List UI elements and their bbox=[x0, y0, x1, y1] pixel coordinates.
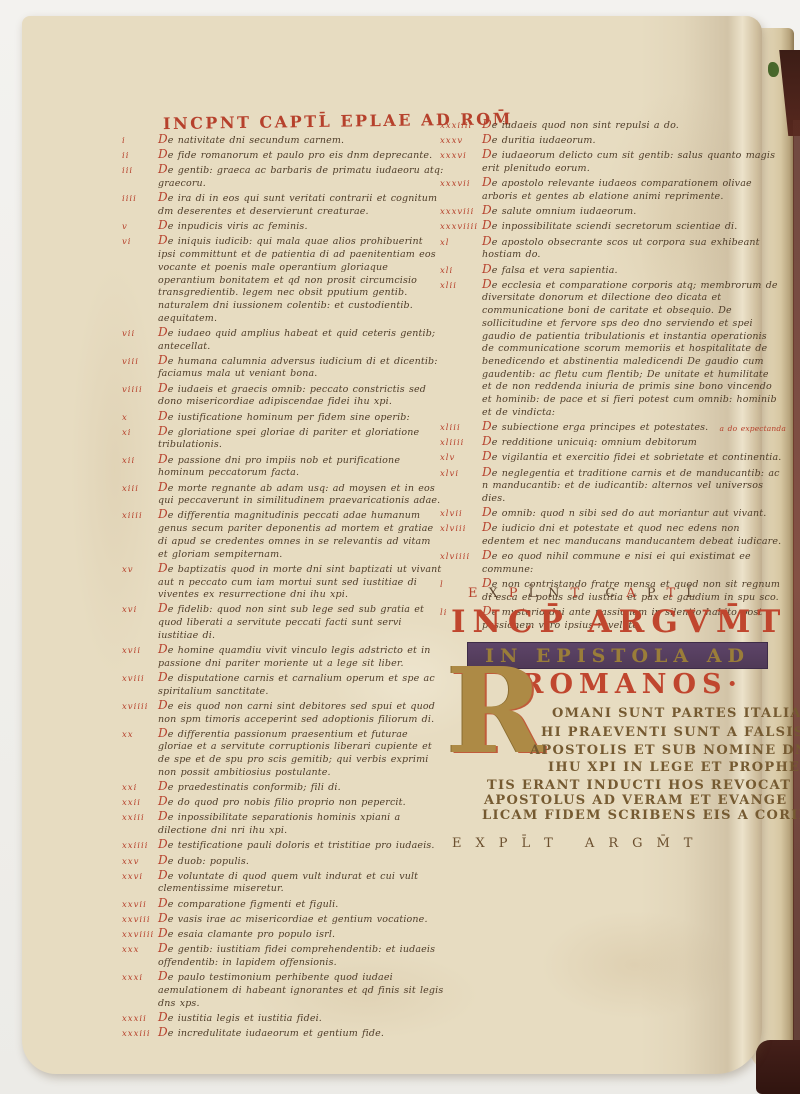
incipit-argumentum-line: INCP̄ ARGVM̄T bbox=[451, 604, 787, 640]
capitulum-entry: xviDe fidelib: quod non sint sub lege se… bbox=[122, 603, 444, 642]
capitulum-text: De gentib: graeca ac barbaris de primatu… bbox=[158, 164, 444, 190]
rubric-initial: D bbox=[482, 548, 492, 562]
rubric-initial: D bbox=[482, 434, 492, 448]
chapter-numeral: xiiii bbox=[122, 509, 158, 561]
capitulum-entry: xxxiiDe iustitia legis et iustitia fidei… bbox=[122, 1012, 444, 1026]
capitulum-entry: iDe nativitate dni secundum carnem. bbox=[122, 134, 444, 148]
capitulum-text: De baptizatis quod in morte dni sint bap… bbox=[158, 563, 444, 602]
chapter-numeral: v bbox=[122, 220, 158, 234]
rubric-initial: D bbox=[482, 117, 492, 131]
argumentum-line: OMANI SUNT PARTES ITALIAE bbox=[552, 706, 800, 721]
capitulum-entry: xxviiDe comparatione figmenti et figuli. bbox=[122, 898, 444, 912]
manuscript-photo: INCPNT CAPTL̄ EPLAE AD ROM̄ iDe nativita… bbox=[0, 0, 800, 1094]
explicit-capitula-line: EXPL̄NT CAPTL̄ bbox=[468, 586, 706, 601]
capitulum-entry: iiDe fide romanorum et paulo pro eis dnm… bbox=[122, 149, 444, 163]
capitulum-entry: xxxviiDe apostolo relevante iudaeos comp… bbox=[440, 177, 782, 203]
rubric-initial: D bbox=[158, 794, 168, 808]
argumentum-line: HI PRAEVENTI SUNT A FALSIS bbox=[541, 725, 800, 740]
capitulum-entry: xiiiiDe differentia magnitudinis peccati… bbox=[122, 509, 444, 561]
capitulum-text: De gloriatione spei gloriae di pariter e… bbox=[158, 426, 444, 452]
capitulum-entry: viDe iniquis iudicib: qui mala quae alio… bbox=[122, 235, 444, 325]
capitulum-text: De iudaeorum delicto cum sit gentib: sal… bbox=[482, 149, 782, 175]
capitulum-text: De do quod pro nobis filio proprio non p… bbox=[158, 796, 444, 810]
rubric-initial: D bbox=[158, 381, 168, 395]
chapter-numeral: xxi bbox=[122, 781, 158, 795]
chapter-numeral: xxxvii bbox=[440, 177, 482, 203]
capitulum-entry: xxvDe duob: populis. bbox=[122, 855, 444, 869]
rubric-initial: D bbox=[482, 449, 492, 463]
capitulum-entry: xliDe falsa et vera sapientia. bbox=[440, 264, 782, 278]
capitulum-entry: xxviDe voluntate di quod quem vult indur… bbox=[122, 870, 444, 896]
capitulum-text: De apostolo relevante iudaeos comparatio… bbox=[482, 177, 782, 203]
chapter-numeral: xxii bbox=[122, 796, 158, 810]
rubric-initial: D bbox=[482, 505, 492, 519]
chapter-numeral: i bbox=[122, 134, 158, 148]
rubric-initial: D bbox=[158, 561, 168, 575]
capitulum-text: De salute omnium iudaeorum. bbox=[482, 205, 782, 219]
binding-edge-bottom bbox=[756, 1040, 800, 1094]
chapter-numeral: xxx bbox=[122, 943, 158, 969]
rubric-initial: D bbox=[158, 926, 168, 940]
chapter-numeral: xxvii bbox=[122, 898, 158, 912]
chapter-numeral: xxviii bbox=[122, 913, 158, 927]
capitulum-text: De vigilantia et exercitio fidei et sobr… bbox=[482, 451, 782, 465]
argumentum-line: IHU XPI IN LEGE ET PROPHE bbox=[548, 760, 800, 775]
rubric-initial: D bbox=[158, 896, 168, 910]
chapter-numeral: viii bbox=[122, 355, 158, 381]
capitulum-text: De eo quod nihil commune e nisi ei qui e… bbox=[482, 550, 782, 576]
capitulum-text: De differentia magnitudinis peccati adae… bbox=[158, 509, 444, 561]
capitulum-entry: xxxiiiiDe iudaeis quod non sint repulsi … bbox=[440, 119, 782, 133]
explicit-argumentum-line: EXPL̄T ARGM̄T bbox=[452, 836, 706, 851]
chapter-numeral: xlii bbox=[440, 279, 482, 420]
chapter-numeral: xlviii bbox=[440, 522, 482, 548]
capitulum-entry: viiDe iudaeo quid amplius habeat et quid… bbox=[122, 327, 444, 353]
capitulum-entry: xxviiiiDe esaia clamante pro populo isrl… bbox=[122, 928, 444, 942]
rubric-initial: D bbox=[482, 234, 492, 248]
chapter-numeral: xxxvi bbox=[440, 149, 482, 175]
capitulum-text: De incredulitate iudaeorum et gentium fi… bbox=[158, 1027, 444, 1041]
rubric-initial: D bbox=[158, 409, 168, 423]
capitulum-text: De apostolo obsecrante scos ut corpora s… bbox=[482, 236, 782, 262]
capitulum-text: De esaia clamante pro populo isrl. bbox=[158, 928, 444, 942]
chapter-numeral: vii bbox=[122, 327, 158, 353]
capitulum-text: De ecclesia et comparatione corporis atq… bbox=[482, 279, 782, 420]
capitulum-entry: xxviiiDe vasis irae ac misericordiae et … bbox=[122, 913, 444, 927]
capitulum-text: De iustificatione hominum per fidem sine… bbox=[158, 411, 444, 425]
capitulum-text: De duob: populis. bbox=[158, 855, 444, 869]
capitulum-entry: xlDe apostolo obsecrante scos ut corpora… bbox=[440, 236, 782, 262]
chapter-numeral: xxviiii bbox=[122, 928, 158, 942]
capitulum-entry: iiiDe gentib: graeca ac barbaris de prim… bbox=[122, 164, 444, 190]
rubric-initial: D bbox=[482, 132, 492, 146]
rubric-initial: D bbox=[158, 698, 168, 712]
rubric-initial: D bbox=[158, 837, 168, 851]
capitulum-entry: xlviiiDe iudicio dni et potestate et quo… bbox=[440, 522, 782, 548]
capitulum-text: De morte regnante ab adam usq: ad moysen… bbox=[158, 482, 444, 508]
chapter-numeral: xiii bbox=[122, 482, 158, 508]
chapter-numeral: xxxi bbox=[122, 971, 158, 1010]
capitulum-text: De redditione unicuiq: omnium debitorum bbox=[482, 436, 782, 450]
capitulum-text: De neglegentia et traditione carnis et d… bbox=[482, 467, 782, 506]
capitulum-entry: xDe iustificatione hominum per fidem sin… bbox=[122, 411, 444, 425]
capitulum-text: De homine quamdiu vivit vinculo legis ad… bbox=[158, 644, 444, 670]
rubric-initial: D bbox=[482, 262, 492, 276]
capitula-column-left: iDe nativitate dni secundum carnem.iiDe … bbox=[122, 134, 444, 1042]
argumentum-line: LICAM FIDEM SCRIBENS EIS A CORINTHO bbox=[482, 808, 800, 823]
chapter-numeral: xviii bbox=[122, 672, 158, 698]
capitulum-entry: xlviDe neglegentia et traditione carnis … bbox=[440, 467, 782, 506]
chapter-numeral: xlvi bbox=[440, 467, 482, 506]
rubric-initial: D bbox=[158, 911, 168, 925]
chapter-numeral: xlvii bbox=[440, 507, 482, 521]
capitulum-text: De iudaeis et graecis omnib: peccato con… bbox=[158, 383, 444, 409]
capitulum-text: De inpossibilitate separationis hominis … bbox=[158, 811, 444, 837]
chapter-numeral: xvii bbox=[122, 644, 158, 670]
rubric-initial: D bbox=[158, 726, 168, 740]
capitulum-entry: xxiiiDe inpossibilitate separationis hom… bbox=[122, 811, 444, 837]
chapter-numeral: iii bbox=[122, 164, 158, 190]
capitulum-entry: vDe inpudicis viris ac feminis. bbox=[122, 220, 444, 234]
chapter-numeral: xxxii bbox=[122, 1012, 158, 1026]
rubric-initial: D bbox=[158, 941, 168, 955]
capitulum-text: De testificatione pauli doloris et trist… bbox=[158, 839, 444, 853]
chapter-numeral: xii bbox=[122, 454, 158, 480]
capitulum-text: De passione dni pro impiis nob et purifi… bbox=[158, 454, 444, 480]
rubric-initial: D bbox=[158, 1025, 168, 1039]
chapter-numeral: xlv bbox=[440, 451, 482, 465]
rubric-initial: D bbox=[158, 601, 168, 615]
capitulum-entry: xxxviiiDe salute omnium iudaeorum. bbox=[440, 205, 782, 219]
rubric-initial: D bbox=[158, 147, 168, 161]
capitulum-text: De vasis irae ac misericordiae et gentiu… bbox=[158, 913, 444, 927]
capitulum-entry: xliiiiDe redditione unicuiq: omnium debi… bbox=[440, 436, 782, 450]
capitulum-entry: xxxDe gentib: iustitiam fidei comprehend… bbox=[122, 943, 444, 969]
chapter-numeral: xvi bbox=[122, 603, 158, 642]
rubric-initial: D bbox=[158, 353, 168, 367]
chapter-numeral: xxxiiii bbox=[440, 119, 482, 133]
chapter-numeral: xx bbox=[122, 728, 158, 780]
capitulum-text: De iudaeo quid amplius habeat et quid ce… bbox=[158, 327, 444, 353]
capitulum-text: De voluntate di quod quem vult indurat e… bbox=[158, 870, 444, 896]
capitulum-entry: xviiDe homine quamdiu vivit vinculo legi… bbox=[122, 644, 444, 670]
rubric-initial: D bbox=[482, 419, 492, 433]
capitulum-entry: xlviiiiDe eo quod nihil commune e nisi e… bbox=[440, 550, 782, 576]
argumentum-line: TIS ERANT INDUCTI HOS REVOCAT bbox=[487, 778, 791, 793]
chapter-numeral: xxxviiii bbox=[440, 220, 482, 234]
capitulum-entry: xxiiiiDe testificatione pauli doloris et… bbox=[122, 839, 444, 853]
chapter-numeral: xxiiii bbox=[122, 839, 158, 853]
rubric-initial: D bbox=[482, 147, 492, 161]
capitulum-text: De nativitate dni secundum carnem. bbox=[158, 134, 444, 148]
rubric-initial: D bbox=[158, 480, 168, 494]
capitulum-entry: xxxiiiDe incredulitate iudaeorum et gent… bbox=[122, 1027, 444, 1041]
capitulum-text: De iudicio dni et potestate et quod nec … bbox=[482, 522, 782, 548]
argumentum-line: APOSTOLUS AD VERAM ET EVANGE bbox=[484, 793, 787, 808]
capitulum-entry: xlviiDe omnib: quod n sibi sed do aut mo… bbox=[440, 507, 782, 521]
capitulum-entry: xxxiDe paulo testimonium perhibente quod… bbox=[122, 971, 444, 1010]
capitulum-text: De falsa et vera sapientia. bbox=[482, 264, 782, 278]
rubric-initial: D bbox=[158, 218, 168, 232]
argumentum-line: APOSTOLIS ET SUB NOMINE DNI bbox=[530, 743, 800, 758]
capitulum-entry: xliiDe ecclesia et comparatione corporis… bbox=[440, 279, 782, 420]
chapter-numeral: xxv bbox=[122, 855, 158, 869]
chapter-numeral: xv bbox=[122, 563, 158, 602]
binding-edge-right bbox=[793, 120, 800, 1050]
rubric-initial: D bbox=[482, 520, 492, 534]
capitulum-text: De gentib: iustitiam fidei comprehendent… bbox=[158, 943, 444, 969]
rubric-initial: D bbox=[158, 809, 168, 823]
capitulum-text: De praedestinatis conformib; fili di. bbox=[158, 781, 444, 795]
chapter-numeral: xxxiii bbox=[122, 1027, 158, 1041]
rubric-initial: D bbox=[158, 507, 168, 521]
capitulum-entry: xxxviiiiDe inpossibilitate sciendi secre… bbox=[440, 220, 782, 234]
rubric-initial: D bbox=[482, 218, 492, 232]
chapter-numeral: xliii bbox=[440, 421, 482, 435]
rubric-initial: D bbox=[158, 670, 168, 684]
capitulum-text: De omnib: quod n sibi sed do aut moriant… bbox=[482, 507, 782, 521]
capitula-column-right: xxxiiiiDe iudaeis quod non sint repulsi … bbox=[440, 119, 782, 634]
capitulum-text: De differentia passionum praesentium et … bbox=[158, 728, 444, 780]
chapter-numeral: x bbox=[122, 411, 158, 425]
chapter-numeral: viiii bbox=[122, 383, 158, 409]
rubric-initial: D bbox=[158, 779, 168, 793]
rubric-initial: D bbox=[158, 969, 168, 983]
chapter-numeral: xi bbox=[122, 426, 158, 452]
rubric-initial: D bbox=[158, 868, 168, 882]
capitulum-entry: a do expectandaxliiiDe subiectione erga … bbox=[440, 421, 782, 435]
rubric-initial: D bbox=[158, 424, 168, 438]
chapter-numeral: xl bbox=[440, 236, 482, 262]
capitulum-text: De iniquis iudicib: qui mala quae alios … bbox=[158, 235, 444, 325]
capitulum-text: De fidelib: quod non sint sub lege sed s… bbox=[158, 603, 444, 642]
capitulum-text: De iudaeis quod non sint repulsi a do. bbox=[482, 119, 782, 133]
capitulum-text: De iustitia legis et iustitia fidei. bbox=[158, 1012, 444, 1026]
chapter-numeral: xlviiii bbox=[440, 550, 482, 576]
rubric-initial: D bbox=[158, 233, 168, 247]
rubric-initial: D bbox=[158, 853, 168, 867]
capitulum-text: De fide romanorum et paulo pro eis dnm d… bbox=[158, 149, 444, 163]
capitulum-entry: xxxviDe iudaeorum delicto cum sit gentib… bbox=[440, 149, 782, 175]
capitulum-text: De eis quod non carni sint debitores sed… bbox=[158, 700, 444, 726]
chapter-numeral: xxvi bbox=[122, 870, 158, 896]
capitulum-text: De inpudicis viris ac feminis. bbox=[158, 220, 444, 234]
capitulum-text: De disputatione carnis et carnalium oper… bbox=[158, 672, 444, 698]
capitulum-entry: xvDe baptizatis quod in morte dni sint b… bbox=[122, 563, 444, 602]
chapter-numeral: xliiii bbox=[440, 436, 482, 450]
rubric-initial: D bbox=[158, 1010, 168, 1024]
capitulum-entry: xxxvDe duritia iudaeorum. bbox=[440, 134, 782, 148]
capitulum-entry: iiiiDe ira di in eos qui sunt veritati c… bbox=[122, 192, 444, 218]
capitulum-entry: xiiiDe morte regnante ab adam usq: ad mo… bbox=[122, 482, 444, 508]
rubric-initial: D bbox=[482, 465, 492, 479]
chapter-numeral: xxiii bbox=[122, 811, 158, 837]
capitulum-text: De inpossibilitate sciendi secretorum sc… bbox=[482, 220, 782, 234]
rubric-initial: D bbox=[158, 452, 168, 466]
rubric-initial: D bbox=[158, 162, 168, 176]
capitulum-text: De duritia iudaeorum. bbox=[482, 134, 782, 148]
rubric-initial: D bbox=[158, 325, 168, 339]
margin-note: a do expectanda bbox=[719, 423, 786, 436]
rubric-initial: D bbox=[482, 277, 492, 291]
capitulum-entry: viiiiDe iudaeis et graecis omnib: peccat… bbox=[122, 383, 444, 409]
rubric-initial: D bbox=[158, 642, 168, 656]
capitulum-entry: xxDe differentia passionum praesentium e… bbox=[122, 728, 444, 780]
capitulum-entry: xviiiiDe eis quod non carni sint debitor… bbox=[122, 700, 444, 726]
rubric-initial: D bbox=[158, 190, 168, 204]
chapter-numeral: xxxviii bbox=[440, 205, 482, 219]
capitulum-text: De paulo testimonium perhibente quod iud… bbox=[158, 971, 444, 1010]
capitulum-entry: xiDe gloriatione spei gloriae di pariter… bbox=[122, 426, 444, 452]
chapter-numeral: vi bbox=[122, 235, 158, 325]
chapter-numeral: xli bbox=[440, 264, 482, 278]
capitulum-entry: xiiDe passione dni pro impiis nob et pur… bbox=[122, 454, 444, 480]
rubric-initial: D bbox=[482, 203, 492, 217]
capitulum-entry: xlvDe vigilantia et exercitio fidei et s… bbox=[440, 451, 782, 465]
capitulum-text: De comparatione figmenti et figuli. bbox=[158, 898, 444, 912]
capitulum-text: De ira di in eos qui sunt veritati contr… bbox=[158, 192, 444, 218]
bookmark-speck bbox=[768, 62, 779, 77]
chapter-numeral: xxxv bbox=[440, 134, 482, 148]
capitulum-entry: xxiiDe do quod pro nobis filio proprio n… bbox=[122, 796, 444, 810]
rubric-initial: D bbox=[482, 175, 492, 189]
capitulum-entry: viiiDe humana calumnia adversus iudicium… bbox=[122, 355, 444, 381]
capitulum-text: De humana calumnia adversus iudicium di … bbox=[158, 355, 444, 381]
chapter-numeral: xviiii bbox=[122, 700, 158, 726]
capitulum-entry: xviiiDe disputatione carnis et carnalium… bbox=[122, 672, 444, 698]
capitulum-entry: xxiDe praedestinatis conformib; fili di. bbox=[122, 781, 444, 795]
book-title-romanos: ROMANOS· bbox=[521, 669, 743, 700]
chapter-numeral: ii bbox=[122, 149, 158, 163]
rubric-initial: D bbox=[158, 132, 168, 146]
chapter-numeral: iiii bbox=[122, 192, 158, 218]
